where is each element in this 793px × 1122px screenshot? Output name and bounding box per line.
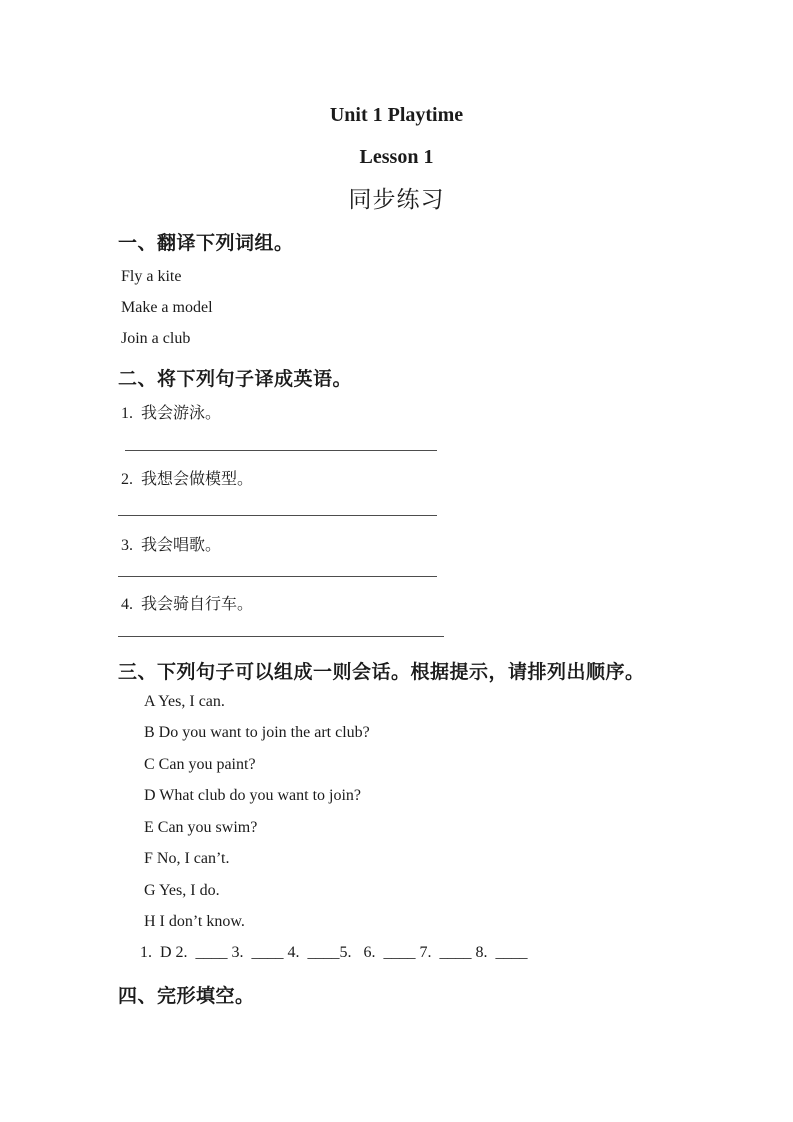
- dialogue-option: D What club do you want to join?: [144, 787, 361, 805]
- unit-title: Unit 1 Playtime: [0, 104, 793, 127]
- section2-sentence: 4. 我会骑自行车。: [121, 591, 253, 614]
- section2-sentence: 2. 我想会做模型。: [121, 466, 253, 489]
- section1-phrase: Join a club: [121, 330, 190, 348]
- answer-blank-line: [118, 576, 437, 577]
- section1-heading: 一、翻译下列词组。: [118, 228, 294, 255]
- lesson-title: Lesson 1: [0, 146, 793, 169]
- dialogue-option: H I don’t know.: [144, 913, 245, 931]
- answer-blank-line: [118, 636, 444, 637]
- ordering-answer-line: 1. D 2. ____ 3. ____ 4. ____5. 6. ____ 7…: [140, 944, 528, 962]
- worksheet-subtitle: 同步练习: [0, 181, 793, 214]
- worksheet-page: Unit 1 Playtime Lesson 1 同步练习 一、翻译下列词组。 …: [0, 0, 793, 1122]
- section1-phrase: Make a model: [121, 299, 213, 317]
- section2-sentence: 1. 我会游泳。: [121, 400, 221, 423]
- answer-blank-line: [118, 515, 437, 516]
- answer-blank-line: [125, 450, 437, 451]
- section2-heading: 二、将下列句子译成英语。: [118, 364, 352, 391]
- section1-phrase: Fly a kite: [121, 268, 181, 286]
- dialogue-option: B Do you want to join the art club?: [144, 724, 370, 742]
- dialogue-option: C Can you paint?: [144, 756, 256, 774]
- dialogue-option: F No, I can’t.: [144, 850, 229, 868]
- dialogue-option: E Can you swim?: [144, 819, 257, 837]
- dialogue-option: G Yes, I do.: [144, 882, 220, 900]
- section3-heading: 三、下列句子可以组成一则会话。根据提示，请排列出顺序。: [118, 657, 645, 684]
- section4-heading: 四、完形填空。: [118, 981, 255, 1008]
- section2-sentence: 3. 我会唱歌。: [121, 532, 221, 555]
- dialogue-option: A Yes, I can.: [144, 693, 225, 711]
